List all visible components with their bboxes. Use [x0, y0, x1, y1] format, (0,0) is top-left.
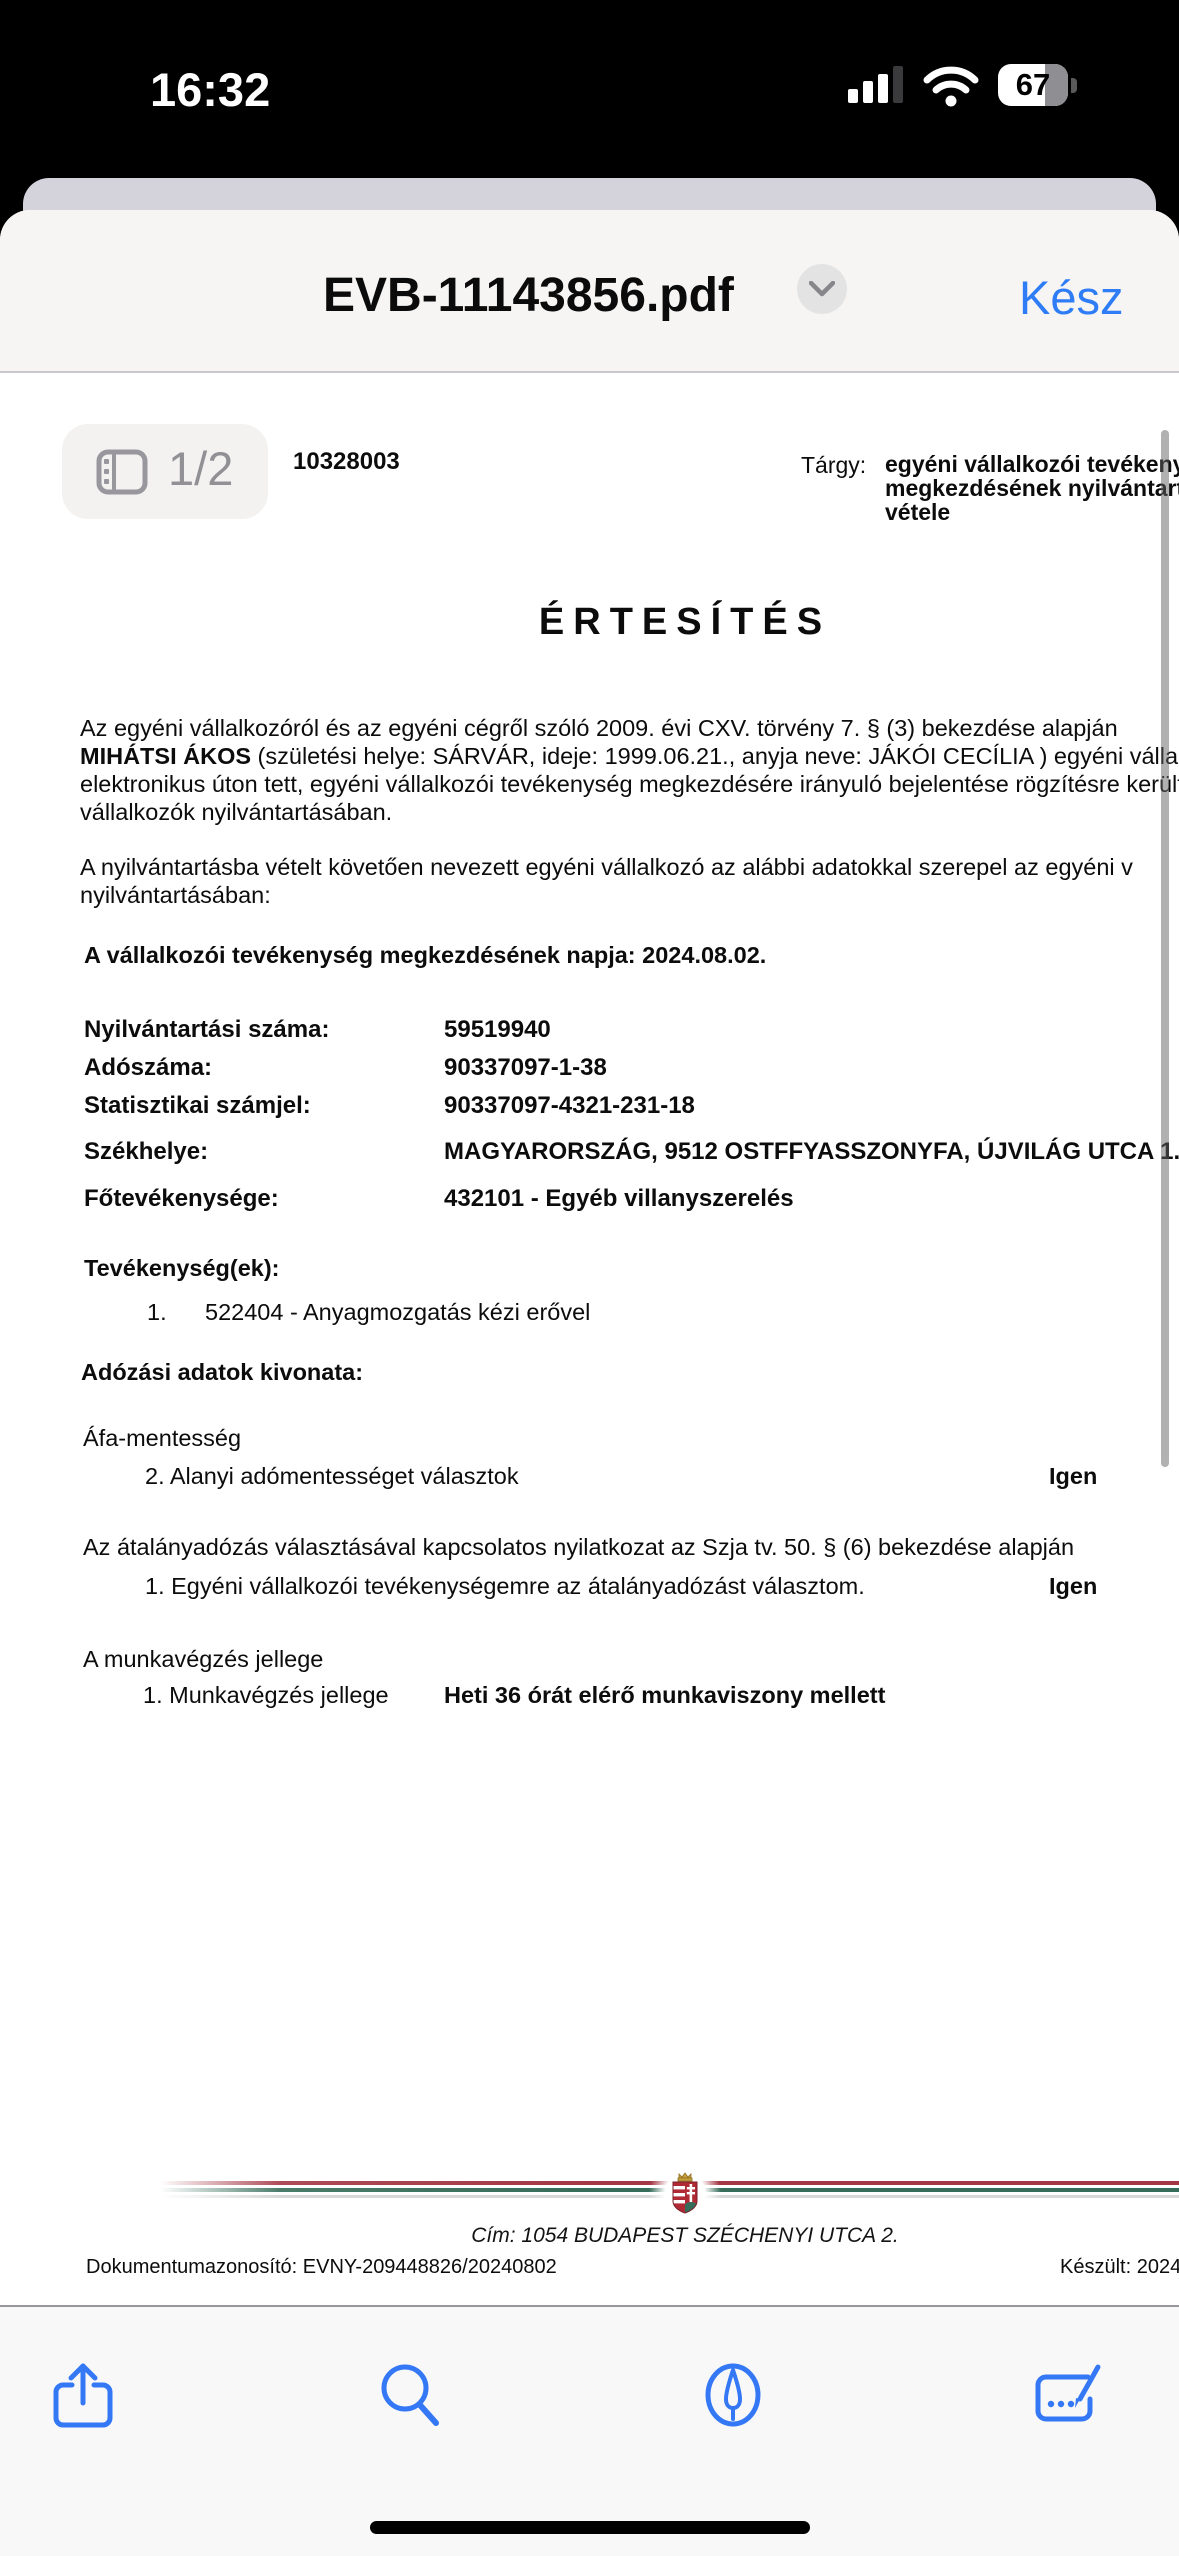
tax-group-value: Heti 36 órát elérő munkaviszony mellett	[444, 1682, 885, 1709]
cellular-signal-icon	[848, 63, 906, 103]
intro-line: Az egyéni vállalkozóról és az egyéni cég…	[80, 714, 1179, 742]
battery-percent: 67	[998, 64, 1068, 106]
markup-button[interactable]	[695, 2357, 771, 2433]
status-time: 16:32	[150, 62, 270, 117]
tax-section-label: Adózási adatok kivonata:	[81, 1359, 363, 1386]
thumbnails-sidebar-icon	[96, 449, 148, 495]
document-preview-sheet: EVB-11143856.pdf Kész	[0, 210, 1179, 2556]
subject-line: megkezdésének nyilvántartá	[885, 476, 1179, 500]
subject-line: egyéni vállalkozói tevékenys	[885, 452, 1179, 476]
info-value: MAGYARORSZÁG, 9512 OSTFFYASSZONYFA, ÚJVI…	[444, 1138, 1179, 1166]
vertical-scrollbar[interactable]	[1161, 430, 1169, 1467]
registered-paragraph: A nyilvántartásba vételt követően neveze…	[80, 853, 1133, 909]
tax-group-heading: Áfa-mentesség	[83, 1425, 241, 1452]
tax-group-value: Igen	[1049, 1573, 1097, 1600]
registered-line: nyilvántartásában:	[80, 881, 1133, 909]
page-indicator-button[interactable]: 1/2	[62, 424, 268, 519]
pdf-scroll-area[interactable]: 1/2 10328003 Tárgy: egyéni vállalkozói t…	[0, 375, 1179, 2305]
signature-form-icon	[1030, 2357, 1106, 2433]
person-name: MIHÁTSI ÁKOS	[80, 743, 251, 769]
info-value: 90337097-1-38	[444, 1054, 607, 1082]
bottom-toolbar	[0, 2305, 1179, 2556]
battery-indicator: 67	[998, 64, 1068, 106]
footer-address: Cím: 1054 BUDAPEST SZÉCHENYI UTCA 2.	[0, 2224, 1179, 2248]
page-count: 1/2	[168, 441, 233, 496]
hungarian-coat-of-arms-icon	[649, 2159, 721, 2227]
subject-label: Tárgy:	[801, 452, 866, 479]
activities-label: Tevékenység(ek):	[84, 1255, 280, 1282]
intro-line: elektronikus úton tett, egyéni vállalkoz…	[80, 770, 1179, 798]
info-value: 432101 - Egyéb villanyszerelés	[444, 1185, 794, 1213]
document-title: EVB-11143856.pdf	[323, 268, 734, 323]
share-icon	[45, 2357, 121, 2433]
info-value: 90337097-4321-231-18	[444, 1092, 695, 1120]
subject-line: vétele	[885, 500, 1179, 524]
footer-document-id: Dokumentumazonosító: EVNY-209448826/2024…	[86, 2256, 557, 2279]
tax-group-item: 2. Alanyi adómentességet választok	[145, 1463, 519, 1490]
info-label: Székhelye:	[84, 1138, 208, 1166]
subject-text: egyéni vállalkozói tevékenys megkezdésén…	[885, 452, 1179, 524]
pdf-page: 1/2 10328003 Tárgy: egyéni vállalkozói t…	[0, 375, 1179, 2305]
tax-group-heading: Az átalányadózás választásával kapcsolat…	[83, 1534, 1074, 1561]
tax-group-heading: A munkavégzés jellege	[83, 1646, 323, 1673]
info-label: Főtevékenysége:	[84, 1185, 279, 1213]
wifi-icon	[922, 66, 980, 108]
info-label: Nyilvántartási száma:	[84, 1016, 329, 1044]
search-icon	[372, 2357, 448, 2433]
title-bar: EVB-11143856.pdf Kész	[0, 210, 1179, 373]
info-label: Adószáma:	[84, 1054, 212, 1082]
signature-button[interactable]	[1030, 2357, 1106, 2433]
markup-pen-icon	[695, 2357, 771, 2433]
intro-line-rest: (születési helye: SÁRVÁR, ideje: 1999.06…	[251, 743, 1179, 769]
home-indicator[interactable]	[370, 2521, 810, 2534]
activity-text: 522404 - Anyagmozgatás kézi erővel	[205, 1299, 590, 1326]
search-button[interactable]	[372, 2357, 448, 2433]
activity-number: 1.	[147, 1299, 167, 1326]
start-date-line: A vállalkozói tevékenység megkezdésének …	[84, 942, 766, 969]
document-number: 10328003	[293, 448, 400, 476]
title-menu-button[interactable]	[797, 264, 847, 314]
tax-group-item: 1. Egyéni vállalkozói tevékenységemre az…	[145, 1573, 865, 1600]
info-label: Statisztikai számjel:	[84, 1092, 311, 1120]
tax-group-item: 1. Munkavégzés jellege	[143, 1682, 389, 1709]
done-button[interactable]: Kész	[1019, 270, 1124, 325]
chevron-down-icon	[809, 281, 835, 297]
phone-screen: 16:32 67 EVB-11143856.pdf Kész	[0, 0, 1179, 2556]
footer-created-date: Készült: 2024.08.	[1060, 2256, 1179, 2279]
share-button[interactable]	[45, 2357, 121, 2433]
registered-line: A nyilvántartásba vételt követően neveze…	[80, 853, 1133, 881]
battery-cap	[1071, 78, 1077, 93]
document-heading: ÉRTESÍTÉS	[0, 601, 1179, 644]
intro-line: vállalkozók nyilvántartásában.	[80, 798, 1179, 826]
tax-group-value: Igen	[1049, 1463, 1097, 1490]
intro-paragraph: Az egyéni vállalkozóról és az egyéni cég…	[80, 714, 1179, 826]
intro-line: MIHÁTSI ÁKOS (születési helye: SÁRVÁR, i…	[80, 742, 1179, 770]
info-value: 59519940	[444, 1016, 551, 1044]
